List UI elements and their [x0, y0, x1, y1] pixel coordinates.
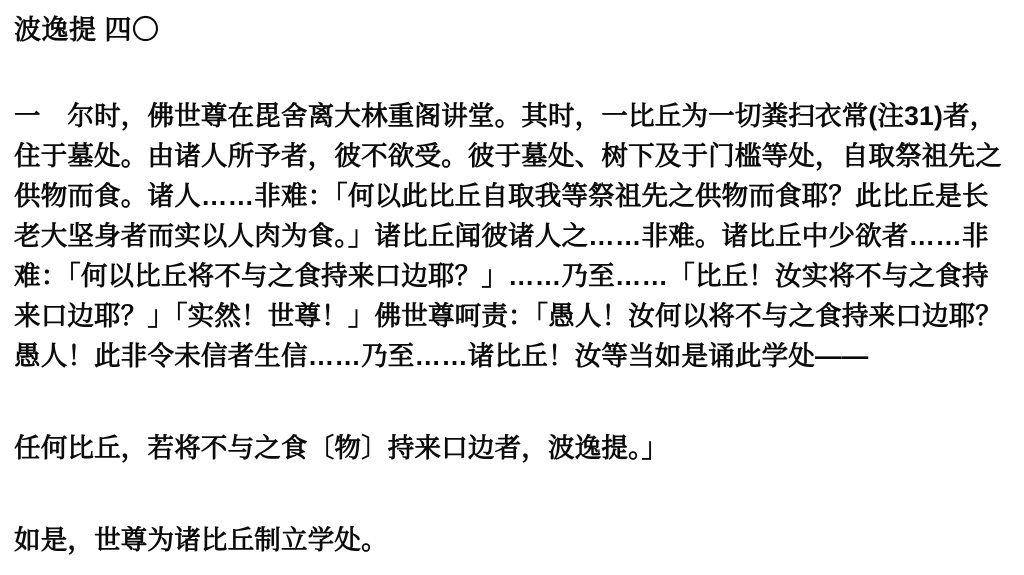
paragraph-rule-statement: 任何比丘，若将不与之食〔物〕持来口边者，波逸提。」	[14, 428, 1010, 468]
page-title: 波逸提 四〇	[14, 10, 1010, 50]
document-page: 波逸提 四〇 一 尔时，佛世尊在毘舍离大林重阁讲堂。其时，一比丘为一切粪扫衣常(…	[0, 0, 1024, 575]
paragraph-origin-story: 一 尔时，佛世尊在毘舍离大林重阁讲堂。其时，一比丘为一切粪扫衣常(注31)者，住…	[14, 96, 1010, 376]
paragraph-closing-line: 如是，世尊为诸比丘制立学处。	[14, 520, 1010, 560]
